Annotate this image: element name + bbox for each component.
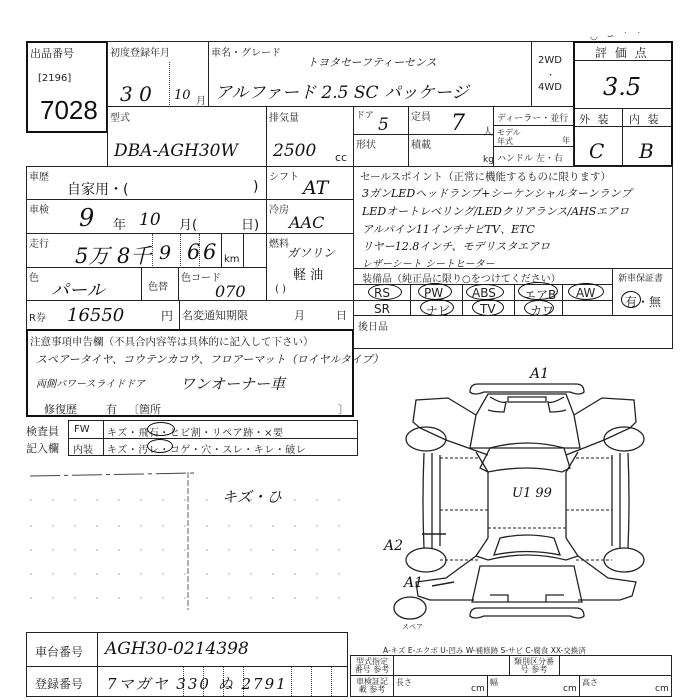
car-name-label: 車名・グレード [211,44,281,59]
notes-line2: 両側パワースライドドア [36,375,145,390]
mileage-digit-1: 9 [159,242,171,264]
mileage-box: 走行 5万 8千 9 6 6 km [26,233,267,268]
recycle-value: 16550 [67,305,124,326]
chassis-label: 車台番号 [35,643,83,660]
dotted-guides [26,470,356,610]
inspection-month: 10 [139,210,161,230]
circle-abs [466,284,504,300]
damage-mark-roof: U1 99 [512,486,552,501]
repair-location: 〔箇所 [128,401,161,417]
drive-4wd: 4WD [538,82,562,93]
score-label: 評 価 点 [595,44,649,61]
inspector-grid: FW 内装 キズ・飛石・ヒビ割・リペア跡・×要 キズ・汚レ・コゲ・穴・スレ・キレ… [68,420,358,456]
inspector-notes-area: キズ・ひ [26,470,356,610]
color-box: 色 パール [26,267,142,301]
fuel-box: 燃料 ガソリン 軽 油 ( ) [266,233,354,301]
dealer-label: ディーラー・並行 [497,111,568,124]
history-close: ) [253,179,258,195]
shift-value: AT [303,177,328,199]
overall-score: 3.5 [603,73,641,101]
notes-title: 注意事項申告欄（不具合内容等は具体的に記入して下さい） [30,334,314,349]
notes-one-owner: ワンオーナー車 [180,373,285,394]
circle-rs [368,284,402,300]
name-change-month: 月 [294,307,305,323]
history-value: 自家用・( [67,179,128,199]
width-unit: cm [563,684,577,694]
damage-mark-front: A1 [530,366,549,382]
color-change-box: 色替 [141,267,179,301]
exterior-label: 外 装 [579,111,611,127]
doors-value: 5 [378,115,389,135]
mileage-label: 走行 [29,235,49,250]
doors-label: ドア [356,108,374,121]
load-box: 積載 kg [408,134,494,167]
sales-points-box: セールスポイント（正常に機能するものに限ります） 3ガンLEDヘッドランプ+シー… [353,166,673,269]
fuel-label: 燃料 [269,235,289,250]
recycle-label: R券 [29,309,46,324]
yen-unit: 円 [161,307,173,324]
doors-box: ドア 5 [353,106,409,135]
mileage-man: 5万 [75,240,109,270]
fw-label: FW [74,424,90,435]
cert-label: 車検証記載 参考 [353,678,391,694]
mileage-sen: 8千 [117,240,151,270]
inspection-box: 車検 9 年 10 月( 日) [26,199,267,234]
equipment-box: 装備品（純正品に限り○をつけてください） RS PW ABS エアB AW SR… [353,268,613,316]
repair-close: 〕 [338,401,349,417]
displacement-value: 2500 [273,141,316,161]
drive-dot: ・ [546,68,555,81]
inspection-month-unit: 月( [179,214,197,233]
shift-label: シフト [269,168,299,183]
notes-box: 注意事項申告欄（不具合内容等は具体的に記入して下さい） スペアータイヤ、コウテン… [26,329,354,417]
history-box: 車歴 自家用・( ) [26,166,267,200]
lot-prefix: [2196] [38,73,71,84]
length-label: 長さ [396,677,412,688]
displacement-label: 排気量 [269,109,299,124]
aftermarket-label: 後日品 [358,318,388,333]
length-unit: cm [471,684,485,694]
color-code-value: 070 [215,282,246,301]
model-year-label: モデル 年式 [497,128,523,146]
color-label: 色 [29,269,39,284]
capacity-value: 7 [451,111,465,136]
car-name-line2: アルファード 2.5 SC パッケージ [215,78,469,103]
first-reg-month: 10 [174,88,191,103]
first-reg-year: 3 0 [120,82,152,106]
width-label: 幅 [490,677,498,688]
handle-label: ハンドル 左・右 [497,151,563,164]
registration-value: 7マガヤ 330 ぬ 2791 [107,673,288,694]
fuel-other: ( ) [275,284,286,295]
model-code: DBA-AGH30W [114,141,238,161]
model-label: 型式 [110,109,130,124]
mileage-digit-3: 6 [203,240,216,264]
damage-mark-rear-quarter: A1 [404,575,423,591]
circle-warranty-yes [621,291,641,308]
drive-type-box: 2WD ・ 4WD [531,41,574,107]
height-unit: cm [655,684,669,694]
capacity-box: 定員 7 人 [408,106,494,135]
equip-sr: SR [374,302,390,316]
inspection-label: 車検 [29,201,49,216]
cert-box: 車検証記載 参考 長さ cm 幅 cm 高さ cm [350,675,672,697]
model-year-box: モデル 年式 年 [493,125,574,147]
ac-label: 冷房 [269,201,289,216]
type-designation-label: 型式指定番号 参考 [353,658,391,674]
inspection-day-unit: 日) [241,214,259,233]
repair-label: 修復歴 [44,401,77,417]
circle-airbag [518,282,558,300]
name-change-box: 名変通知期限 月 日 [179,300,354,330]
inspection-year: 9 [79,204,94,232]
name-change-day: 日 [336,307,347,323]
repair-value: 有 [106,401,117,417]
recycle-box: R券 16550 円 [26,300,180,330]
warranty-box: 新車保証書 有・無 [612,268,673,316]
inspection-year-unit: 年 [113,214,126,233]
fw-circled-mark [147,422,175,436]
notes-line1: スペアータイヤ、コウテンカコウ、フロアーマット（ロイヤルタイプ） [36,351,384,367]
warranty-label: 新車保証書 [618,271,663,284]
shape-label: 形状 [356,136,376,151]
registration-label: 登録番号 [35,675,83,692]
first-reg-label: 初度登録年月 [110,44,170,59]
lot-label: 出品番号 [30,45,74,61]
chassis-value: AGH30-0214398 [105,639,249,659]
interior-label: 内 装 [629,111,661,127]
car-diagram: A1 U1 99 A2 A1 スペア [370,360,670,625]
color-value: パール [51,276,105,302]
fuel-gasoline: ガソリン [287,244,335,261]
inspector-label-1: 検査員 [26,423,59,439]
displacement-box: 排気量 2500 cc [266,106,354,167]
circle-aw [568,283,604,300]
color-change-label: 色替 [148,278,168,293]
interior-circled-mark [147,439,173,453]
exterior-grade: C [589,139,604,163]
history-label: 車歴 [29,168,49,183]
first-registration-box: 初度登録年月 3 0 10 月 [107,41,209,107]
circle-tv [472,299,504,316]
model-year-unit: 年 [562,135,570,146]
chassis-box: 車台番号 AGH30-0214398 [26,632,348,667]
sales-point-4: リヤー12.8インチ、モデリスタエアロ [362,238,550,254]
lot-number: 7028 [40,95,98,126]
damage-mark-rear-door: A2 [384,538,403,554]
lot-number-box: 出品番号 [2196] 7028 [26,41,108,133]
fw-items: キズ・飛石・ヒビ割・リペア跡・×要 [107,424,283,439]
inspector-label-2: 記入欄 [26,440,59,456]
car-name-box: 車名・グレード トヨタセーフティーセンス アルファード 2.5 SC パッケージ [208,41,532,107]
first-reg-month-unit: 月 [196,92,206,107]
capacity-label: 定員 [411,108,431,123]
model-box: 型式 DBA-AGH30W [107,106,267,167]
registration-box: 登録番号 7マガヤ 330 ぬ 2791 [26,666,348,697]
name-change-label: 名変通知期限 [182,307,248,323]
shape-box: 形状 [353,134,409,167]
circle-navi [420,299,454,316]
mileage-unit: km [224,254,240,265]
category-label: 類別区分番号 参考 [511,658,557,674]
score-box: 評 価 点 3.5 外 装 内 装 C B [573,41,673,167]
aftermarket-box: 後日品 [353,315,673,349]
color-code-box: 色コード 070 [178,267,267,301]
car-name-line1: トヨタセーフティーセンス [307,54,437,70]
interior-grade: B [639,139,654,163]
drive-2wd: 2WD [538,55,562,66]
type-designation-box: 型式指定番号 参考 類別区分番号 参考 [350,655,672,676]
circle-pw [418,283,452,300]
ac-value: AAC [289,213,324,232]
sales-point-3: アルパイン11インチナビTV、ETC [362,221,535,237]
circle-leather [524,300,554,316]
fuel-diesel: 軽 油 [293,264,323,283]
inspector-handwritten: キズ・ひ [222,486,282,507]
shift-box: シフト AT [266,166,354,200]
load-label: 積載 [411,136,431,151]
ac-box: 冷房 AAC [266,199,354,234]
handle-box: ハンドル 左・右 [493,146,574,167]
sales-point-2: LEDオートレベリング/LEDクリアランス/AHSエアロ [362,203,629,219]
dealer-box: ディーラー・並行 [493,106,574,126]
sales-points-title: セールスポイント（正常に機能するものに限ります） [360,169,611,184]
interior-inspect-label: 内装 [73,441,93,456]
spare-label: スペア [402,622,423,632]
interior-items: キズ・汚レ・コゲ・穴・スレ・キレ・破レ [107,441,306,456]
height-label: 高さ [582,677,598,688]
displacement-unit: cc [335,151,347,164]
sales-point-1: 3ガンLEDヘッドランプ+シーケンシャルターンランプ [362,185,632,201]
